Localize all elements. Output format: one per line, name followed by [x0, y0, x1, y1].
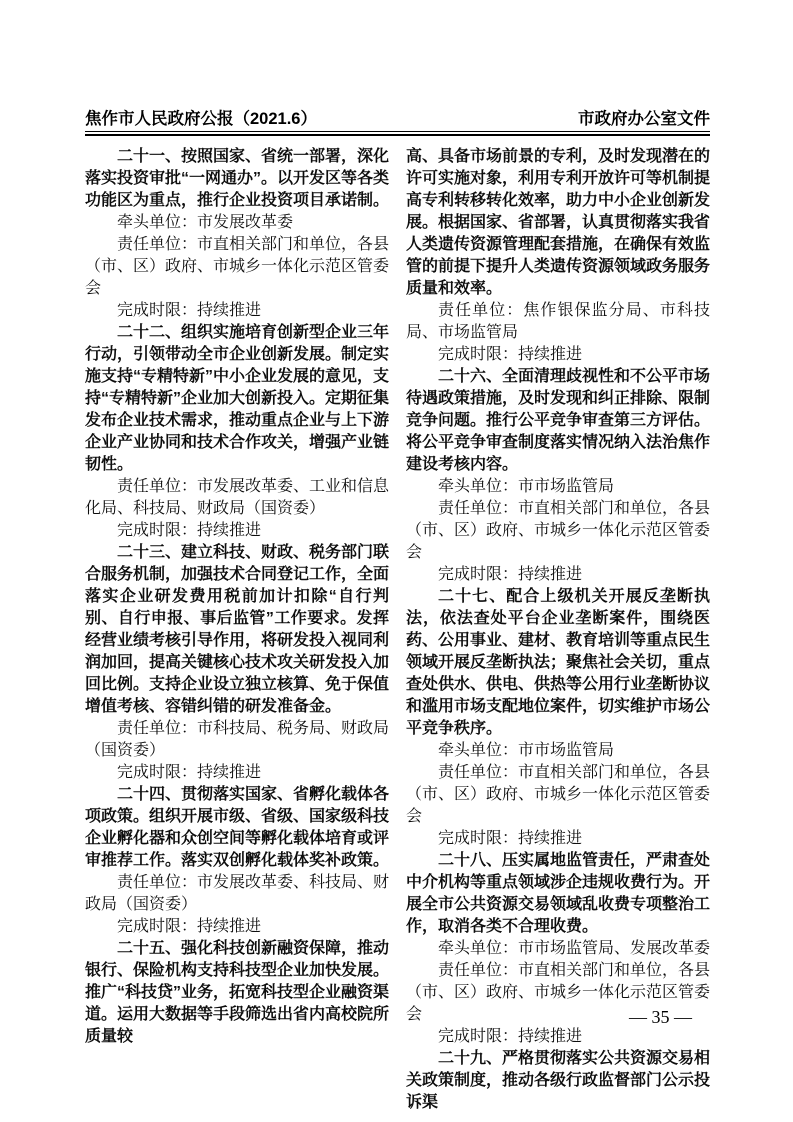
unit-line: 责任单位：市发展改革委、科技局、财政局（国资委）	[85, 872, 389, 916]
page-number: — 35 —	[629, 1007, 692, 1027]
body-paragraph: 二十三、建立科技、财政、税务部门联合服务机制，加强技术合同登记工作，全面落实企业…	[85, 542, 389, 718]
unit-line: 牵头单位：市市场监管局	[406, 476, 710, 498]
unit-line: 责任单位：市直相关部门和单位，各县（市、区）政府、市城乡一体化示范区管委会	[85, 234, 389, 300]
unit-line: 责任单位：市科技局、税务局、财政局（国资委）	[85, 718, 389, 762]
unit-line: 完成时限：持续推进	[85, 762, 389, 784]
left-column: 二十一、按照国家、省统一部署，深化落实投资审批“一网通办”。以开发区等各类功能区…	[85, 146, 389, 1114]
body-paragraph: 二十八、压实属地监管责任，严肃查处中介机构等重点领域涉企违规收费行为。开展全市公…	[406, 850, 710, 938]
unit-line: 完成时限：持续推进	[406, 344, 710, 366]
page-footer: — 35 —	[85, 1007, 710, 1028]
body-paragraph: 高、具备市场前景的专利，及时发现潜在的许可实施对象，利用专利开放许可等机制提高专…	[406, 146, 710, 300]
unit-line: 责任单位：市直相关部门和单位，各县（市、区）政府、市城乡一体化示范区管委会	[406, 762, 710, 828]
header-publication-title: 焦作市人民政府公报（2021.6）	[85, 105, 317, 129]
unit-line: 完成时限：持续推进	[406, 828, 710, 850]
right-column: 高、具备市场前景的专利，及时发现潜在的许可实施对象，利用专利开放许可等机制提高专…	[406, 146, 710, 1114]
body-paragraph: 二十五、强化科技创新融资保障，推动银行、保险机构支持科技型企业加快发展。推广“科…	[85, 938, 389, 1048]
unit-line: 完成时限：持续推进	[406, 564, 710, 586]
body-paragraph: 二十一、按照国家、省统一部署，深化落实投资审批“一网通办”。以开发区等各类功能区…	[85, 146, 389, 212]
unit-line: 责任单位：市直相关部门和单位，各县（市、区）政府、市城乡一体化示范区管委会	[406, 498, 710, 564]
unit-line: 牵头单位：市发展改革委	[85, 212, 389, 234]
unit-line: 牵头单位：市市场监管局、发展改革委	[406, 938, 710, 960]
gazette-page: 焦作市人民政府公报（2021.6） 市政府办公室文件 二十一、按照国家、省统一部…	[0, 0, 793, 1122]
page-header: 焦作市人民政府公报（2021.6） 市政府办公室文件	[85, 105, 710, 129]
header-section-title: 市政府办公室文件	[578, 105, 710, 129]
unit-line: 完成时限：持续推进	[85, 520, 389, 542]
unit-line: 责任单位：焦作银保监分局、市科技局、市场监管局	[406, 300, 710, 344]
body-paragraph: 二十九、严格贯彻落实公共资源交易相关政策制度，推动各级行政监督部门公示投诉渠	[406, 1048, 710, 1114]
unit-line: 完成时限：持续推进	[85, 916, 389, 938]
body-paragraph: 二十六、全面清理歧视性和不公平市场待遇政策措施，及时发现和纠正排除、限制竞争问题…	[406, 366, 710, 476]
unit-line: 牵头单位：市市场监管局	[406, 740, 710, 762]
body-paragraph: 二十四、贯彻落实国家、省孵化载体各项政策。组织开展市级、省级、国家级科技企业孵化…	[85, 784, 389, 872]
unit-line: 完成时限：持续推进	[85, 300, 389, 322]
content-columns: 二十一、按照国家、省统一部署，深化落实投资审批“一网通办”。以开发区等各类功能区…	[85, 146, 710, 1114]
unit-line: 责任单位：市发展改革委、工业和信息化局、科技局、财政局（国资委）	[85, 476, 389, 520]
body-paragraph: 二十七、配合上级机关开展反垄断执法，依法查处平台企业垄断案件，围绕医药、公用事业…	[406, 586, 710, 740]
body-paragraph: 二十二、组织实施培育创新型企业三年行动，引领带动全市企业创新发展。制定实施支持“…	[85, 322, 389, 476]
header-rule	[85, 131, 710, 136]
unit-line: 完成时限：持续推进	[406, 1026, 710, 1048]
